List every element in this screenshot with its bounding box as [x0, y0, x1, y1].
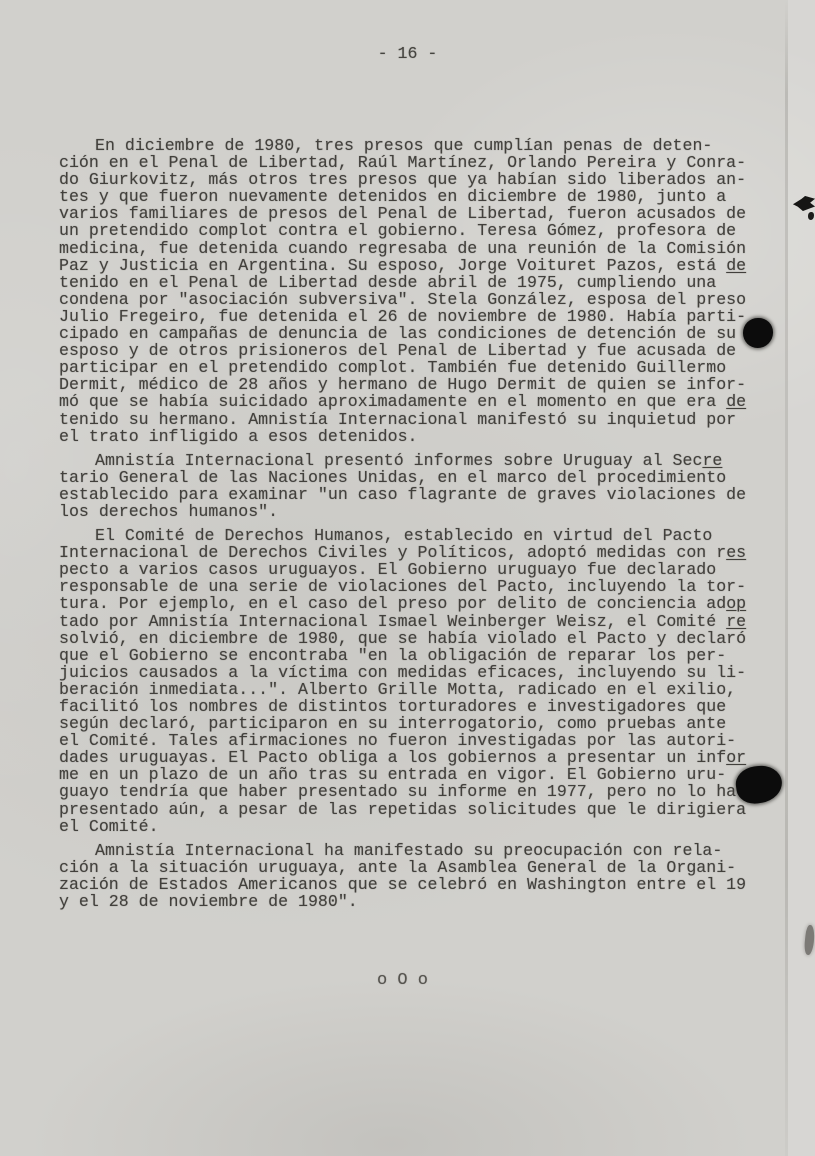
text-line: zación de Estados Americanos que se cele… [59, 876, 789, 893]
text-line: El Comité de Derechos Humanos, estableci… [59, 527, 789, 544]
text-line: do Giurkovitz, más otros tres presos que… [59, 171, 789, 188]
text-line: el Comité. [59, 818, 789, 835]
text-line: tado por Amnistía Internacional Ismael W… [59, 613, 789, 630]
text-line: tario General de las Naciones Unidas, en… [59, 469, 789, 486]
continuation-underline: re [702, 451, 722, 470]
text-line: tes y que fueron nuevamente detenidos en… [59, 188, 789, 205]
text-line: esposo y de otros prisioneros del Penal … [59, 342, 789, 359]
text-line: juicios causados a la víctima con medida… [59, 664, 789, 681]
text-line: ción en el Penal de Libertad, Raúl Martí… [59, 154, 789, 171]
paragraph: El Comité de Derechos Humanos, estableci… [59, 527, 789, 835]
text-line: medicina, fue detenida cuando regresaba … [59, 240, 789, 257]
paragraph: Amnistía Internacional presentó informes… [59, 452, 789, 520]
paragraph: En diciembre de 1980, tres presos que cu… [59, 137, 789, 445]
text-line: En diciembre de 1980, tres presos que cu… [59, 137, 789, 154]
text-line: que el Gobierno se encontraba "en la obl… [59, 647, 789, 664]
text-line: un pretendido complot contra el gobierno… [59, 222, 789, 239]
text-line: Amnistía Internacional ha manifestado su… [59, 842, 789, 859]
text-line: pecto a varios casos uruguayos. El Gobie… [59, 561, 789, 578]
text-line: facilitó los nombres de distintos tortur… [59, 698, 789, 715]
text-line: condena por "asociación subversiva". Ste… [59, 291, 789, 308]
continuation-underline: re [726, 612, 746, 631]
text-line: y el 28 de noviembre de 1980". [59, 893, 789, 910]
text-line: varios familiares de presos del Penal de… [59, 205, 789, 222]
text-line: participar en el pretendido complot. Tam… [59, 359, 789, 376]
continuation-underline: or [726, 748, 746, 767]
text-line: Paz y Justicia en Argentina. Su esposo, … [59, 257, 789, 274]
text-line: me en un plazo de un año tras su entrada… [59, 766, 789, 783]
document-body: En diciembre de 1980, tres presos que cu… [59, 137, 789, 917]
text-line: establecido para examinar "un caso flagr… [59, 486, 789, 503]
text-line: mó que se había suicidado aproximadament… [59, 393, 789, 410]
text-line: cipado en campañas de denuncia de las co… [59, 325, 789, 342]
text-line: presentado aún, a pesar de las repetidas… [59, 801, 789, 818]
paper-edge-strip [788, 0, 815, 1156]
text-line: Amnistía Internacional presentó informes… [59, 452, 789, 469]
text-line: Julio Fregeiro, fue detenida el 26 de no… [59, 308, 789, 325]
continuation-underline: de [726, 256, 746, 275]
text-line: dades uruguayas. El Pacto obliga a los g… [59, 749, 789, 766]
text-line: responsable de una serie de violaciones … [59, 578, 789, 595]
text-line: según declaró, participaron en su interr… [59, 715, 789, 732]
text-line: guayo tendría que haber presentado su in… [59, 783, 789, 800]
continuation-underline: de [726, 392, 746, 411]
text-line: beración inmediata...". Alberto Grille M… [59, 681, 789, 698]
text-line: Dermit, médico de 28 años y hermano de H… [59, 376, 789, 393]
text-line: solvió, en diciembre de 1980, que se hab… [59, 630, 789, 647]
text-line: tenido su hermano. Amnistía Internaciona… [59, 411, 789, 428]
ink-blot-top-icon [743, 318, 773, 348]
text-line: Internacional de Derechos Civiles y Polí… [59, 544, 789, 561]
text-line: el trato infligido a esos detenidos. [59, 428, 789, 445]
text-line: tura. Por ejemplo, en el caso del preso … [59, 595, 789, 612]
page-number: - 16 - [0, 44, 815, 63]
text-line: el Comité. Tales afirmaciones no fueron … [59, 732, 789, 749]
text-line: los derechos humanos". [59, 503, 789, 520]
section-end-mark: o O o [377, 971, 428, 990]
paragraph: Amnistía Internacional ha manifestado su… [59, 842, 789, 910]
continuation-underline: es [726, 543, 746, 562]
text-line: ción a la situación uruguaya, ante la As… [59, 859, 789, 876]
text-line: tenido en el Penal de Libertad desde abr… [59, 274, 789, 291]
scanned-page: - 16 - En diciembre de 1980, tres presos… [0, 0, 815, 1156]
